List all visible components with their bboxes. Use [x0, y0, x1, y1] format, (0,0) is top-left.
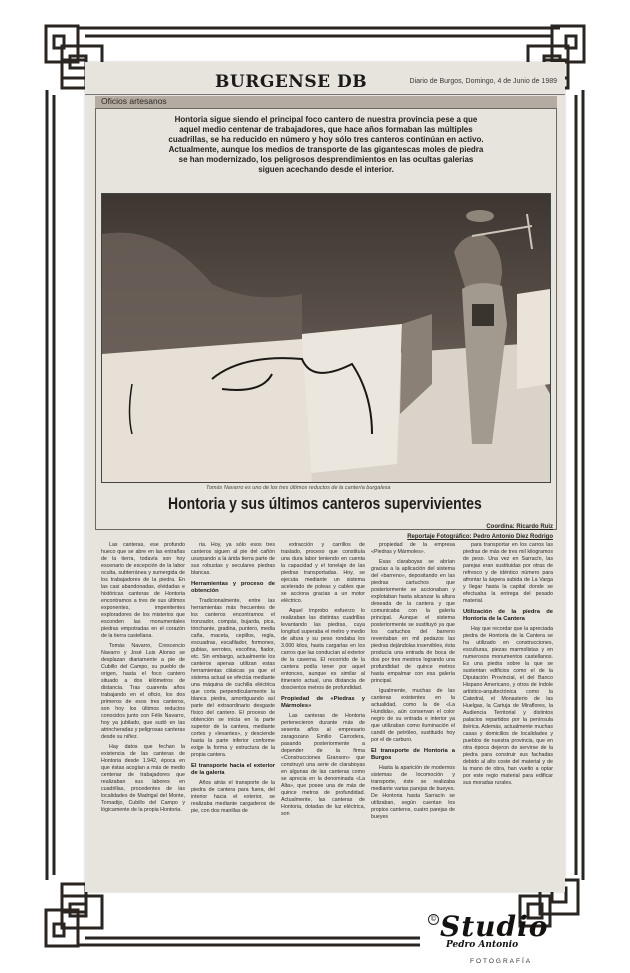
section-bar: Oficios artesanos — [95, 96, 557, 108]
article-column-2: ria. Hoy, ya sólo esos tres canteros sig… — [191, 542, 275, 818]
studio-tagline: FOTOGRAFÍA — [470, 958, 532, 965]
subheading: Propiedad de «Piedras y Mármoles» — [281, 696, 365, 710]
paragraph: Años atrás el transporte de la piedra de… — [191, 780, 275, 815]
paragraph: extracción y carrillos de traslado, proc… — [281, 542, 365, 605]
paragraph: ria. Hoy, ya sólo esos tres canteros sig… — [191, 542, 275, 577]
subheading: Utilización de la piedra de Hontoria de … — [463, 609, 553, 623]
paragraph: Aquel ímprobo esfuerzo lo realizaban las… — [281, 608, 365, 692]
section-label: Oficios artesanos — [101, 96, 167, 106]
dateline: Diario de Burgos, Domingo, 4 de Junio de… — [410, 78, 557, 85]
paragraph: para transportar en los carros las piedr… — [463, 542, 553, 605]
photo-credit: Reportaje Fotográfico: Pedro Antonio Díe… — [407, 534, 553, 540]
quarry-photo-illustration — [102, 194, 550, 482]
coordinator-credit: Coordina: Ricardo Ruiz — [486, 524, 553, 530]
subheading: El transporte de Hontoria a Burgos — [371, 748, 455, 762]
copyright-icon: © — [428, 914, 439, 925]
paragraph: propiedad de la empresa «Piedras y Mármo… — [371, 542, 455, 556]
paragraph: Esas claraboyas se abrían gracias a la a… — [371, 559, 455, 685]
photographer-name: Pedro Antonio — [446, 940, 518, 950]
article-column-5: para transportar en los carros las piedr… — [463, 542, 553, 790]
quarry-photo — [101, 193, 551, 483]
paragraph: Tomás Navarro, Crescencio Navarro y José… — [101, 643, 185, 741]
article-column-4: propiedad de la empresa «Piedras y Mármo… — [371, 542, 455, 824]
article-body: Las canteras, ese profundo hueco que se … — [101, 542, 557, 872]
paragraph: Tradicionalmente, entre las herramientas… — [191, 598, 275, 759]
photo-caption: Tomás Navarro es uno de los tres últimos… — [206, 485, 390, 491]
studio-logo: Studio — [440, 910, 548, 943]
paragraph: Las canteras de Hontoria pertenecieron d… — [281, 713, 365, 818]
article-column-3: extracción y carrillos de traslado, proc… — [281, 542, 365, 821]
paragraph: Hay datos que fechan la existencia de la… — [101, 744, 185, 814]
studio-watermark: © Studio Pedro Antonio FOTOGRAFÍA — [440, 910, 548, 943]
newspaper-brand: BURGENSE DB — [215, 72, 367, 92]
subheading: Herramientas y proceso de obtención — [191, 581, 275, 595]
article-headline: Hontoria y sus últimos canteros superviv… — [168, 494, 482, 514]
subheading: El transporte hacia el exterior de la ga… — [191, 763, 275, 777]
masthead: BURGENSE DB Diario de Burgos, Domingo, 4… — [85, 70, 565, 95]
paragraph: Hay que recordar que la apreciada piedra… — [463, 626, 553, 787]
paragraph: Igualmente, muchas de las canteras exist… — [371, 688, 455, 744]
newspaper-clipping: BURGENSE DB Diario de Burgos, Domingo, 4… — [85, 62, 565, 892]
article-column-1: Las canteras, ese profundo hueco que se … — [101, 542, 185, 817]
paragraph: Hasta la aparición de modernos sistemas … — [371, 765, 455, 821]
lead-paragraph: Hontoria sigue siendo el principal foco … — [166, 115, 486, 175]
feature-box: Hontoria sigue siendo el principal foco … — [95, 108, 557, 530]
paragraph: Las canteras, ese profundo hueco que se … — [101, 542, 185, 640]
